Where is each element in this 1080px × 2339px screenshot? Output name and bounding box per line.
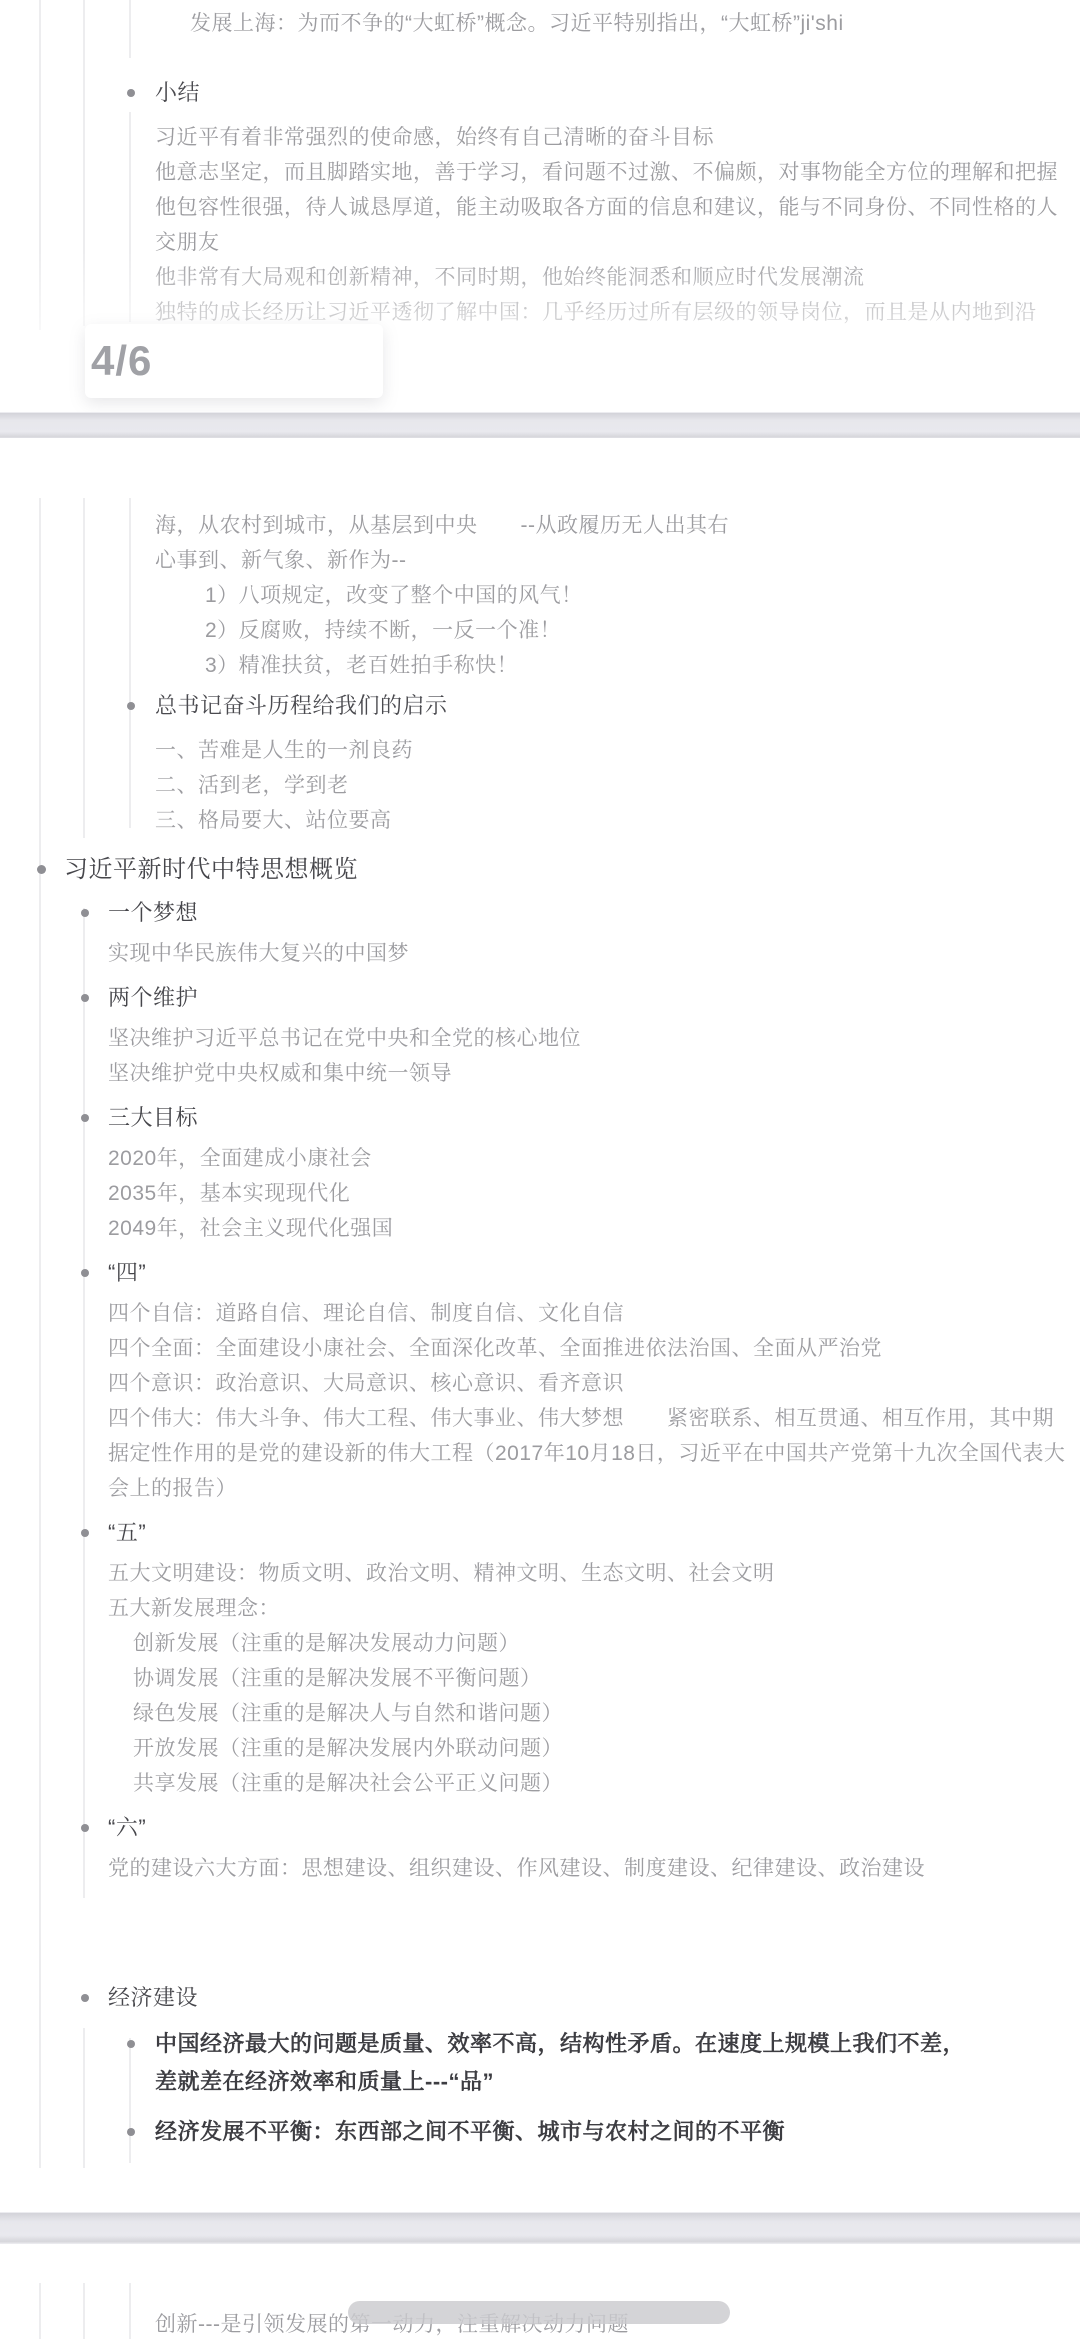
outline-item-text: 小结 [155, 78, 200, 108]
outline-text-line[interactable]: 协调发展（注重的是解决发展不平衡问题） [0, 1661, 1080, 1696]
outline-item-text: 坚决维护党中央权威和集中统一领导 [108, 1056, 452, 1091]
outline-item-text: 一个梦想 [108, 898, 198, 928]
outline-text-line[interactable]: 开放发展（注重的是解决发展内外联动问题） [0, 1731, 1080, 1766]
document-page-5: 海，从农村到城市，从基层到中央 --从政履历无人出其右心事到、新气象、新作为--… [0, 438, 1080, 2212]
outline-item-text: 他非常有大局观和创新精神，不同时期，他始终能洞悉和顺应时代发展潮流 [155, 260, 865, 295]
outline-text-line[interactable]: 绿色发展（注重的是解决人与自然和谐问题） [0, 1696, 1080, 1731]
outline-text-line[interactable]: 四个全面：全面建设小康社会、全面深化改革、全面推进依法治国、全面从严治党 [0, 1331, 1080, 1366]
outline-item-text: 四个意识：政治意识、大局意识、核心意识、看齐意识 [108, 1366, 624, 1401]
outline-text-line[interactable]: 四个自信：道路自信、理论自信、制度自信、文化自信 [0, 1296, 1080, 1331]
bullet-icon[interactable] [127, 702, 135, 710]
outline-item-text: 心事到、新气象、新作为-- [155, 543, 407, 578]
outline-item-text: “六” [108, 1813, 146, 1843]
outline-heading-item[interactable]: 习近平新时代中特思想概览 [0, 854, 1080, 886]
outline-text-line[interactable]: 心事到、新气象、新作为-- [0, 543, 1080, 578]
outline-text-line[interactable]: 四个意识：政治意识、大局意识、核心意识、看齐意识 [0, 1366, 1080, 1401]
outline-rows: 海，从农村到城市，从基层到中央 --从政履历无人出其右心事到、新气象、新作为--… [0, 508, 1080, 2151]
document-page-6: 创新---是引领发展的第一动力，注重解决动力问题 [0, 2245, 1080, 2339]
outline-item-text: 2020年，全面建成小康社会 [108, 1141, 372, 1176]
outline-item-text: 他意志坚定，而且脚踏实地，善于学习，看问题不过激、不偏颇，对事物能全方位的理解和… [155, 155, 1058, 190]
outline-heading-item[interactable]: 两个维护 [0, 983, 1080, 1013]
outline-item-text: 总书记奋斗历程给我们的启示 [155, 691, 448, 721]
outline-text-line[interactable]: 三、格局要大、站位要高 [0, 803, 1080, 838]
outline-item-text: 1）八项规定，改变了整个中国的风气！ [205, 578, 583, 613]
outline-item-text: 据定性作用的是党的建设新的伟大工程（2017年10月18日，习近平在中国共产党第… [108, 1436, 1065, 1471]
outline-text-line[interactable]: 发展上海：为而不争的“大虹桥”概念。习近平特别指出，“大虹桥”ji'shi [0, 6, 1080, 41]
outline-item-text: 海，从农村到城市，从基层到中央 --从政履历无人出其右 [155, 508, 729, 543]
outline-text-line[interactable]: 实现中华民族伟大复兴的中国梦 [0, 936, 1080, 971]
outline-text-line[interactable]: 2035年，基本实现现代化 [0, 1176, 1080, 1211]
outline-text-line[interactable]: 海，从农村到城市，从基层到中央 --从政履历无人出其右 [0, 508, 1080, 543]
outline-item-text: 2）反腐败，持续不断，一反一个准！ [205, 613, 561, 648]
outline-text-line[interactable]: 3）精准扶贫，老百姓拍手称快！ [0, 648, 1080, 683]
outline-item-text: “五” [108, 1518, 146, 1548]
outline-heading-item[interactable]: 三大目标 [0, 1103, 1080, 1133]
bullet-icon[interactable] [127, 2128, 135, 2136]
outline-item-text: 2049年，社会主义现代化强国 [108, 1211, 393, 1246]
outline-text-line[interactable]: 据定性作用的是党的建设新的伟大工程（2017年10月18日，习近平在中国共产党第… [0, 1436, 1080, 1471]
document-viewer: 发展上海：为而不争的“大虹桥”概念。习近平特别指出，“大虹桥”ji'shi小结习… [0, 0, 1080, 2339]
outline-heading-item[interactable]: 小结 [0, 78, 1080, 108]
outline-item-text: 四个自信：道路自信、理论自信、制度自信、文化自信 [108, 1296, 624, 1331]
outline-text-line[interactable]: 他意志坚定，而且脚踏实地，善于学习，看问题不过激、不偏颇，对事物能全方位的理解和… [0, 155, 1080, 190]
outline-item-text: 经济发展不平衡：东西部之间不平衡、城市与农村之间的不平衡 [155, 2113, 785, 2151]
outline-heading-item[interactable]: 中国经济最大的问题是质量、效率不高，结构性矛盾。在速度上规模上我们不差， [0, 2025, 1080, 2063]
bullet-icon[interactable] [81, 1994, 89, 2002]
outline-text-line[interactable]: 一、苦难是人生的一剂良药 [0, 733, 1080, 768]
document-page-4: 发展上海：为而不争的“大虹桥”概念。习近平特别指出，“大虹桥”ji'shi小结习… [0, 0, 1080, 412]
outline-heading-item[interactable]: “五” [0, 1518, 1080, 1548]
outline-text-line[interactable]: 会上的报告） [0, 1471, 1080, 1506]
outline-item-text: 三大目标 [108, 1103, 198, 1133]
outline-text-line[interactable]: 坚决维护习近平总书记在党中央和全党的核心地位 [0, 1021, 1080, 1056]
outline-text-line[interactable]: 他非常有大局观和创新精神，不同时期，他始终能洞悉和顺应时代发展潮流 [0, 260, 1080, 295]
bullet-icon[interactable] [37, 865, 46, 874]
text-selection-highlight [348, 2301, 730, 2324]
outline-item-text: 会上的报告） [108, 1471, 237, 1506]
outline-item-text: 四个伟大：伟大斗争、伟大工程、伟大事业、伟大梦想 紧密联系、相互贯通、相互作用，… [108, 1401, 1054, 1436]
outline-item-text: 发展上海：为而不争的“大虹桥”概念。习近平特别指出，“大虹桥”ji'shi [190, 6, 844, 41]
outline-text-line[interactable]: 习近平有着非常强烈的使命感，始终有自己清晰的奋斗目标 [0, 120, 1080, 155]
bullet-icon[interactable] [81, 1269, 89, 1277]
outline-heading-item[interactable]: “六” [0, 1813, 1080, 1843]
outline-text-line[interactable]: 2）反腐败，持续不断，一反一个准！ [0, 613, 1080, 648]
outline-item-text: 习近平新时代中特思想概览 [64, 854, 358, 886]
outline-item-text: 四个全面：全面建设小康社会、全面深化改革、全面推进依法治国、全面从严治党 [108, 1331, 882, 1366]
outline-item-text: 一、苦难是人生的一剂良药 [155, 733, 413, 768]
outline-item-text: 交朋友 [155, 225, 220, 260]
bullet-icon[interactable] [81, 994, 89, 1002]
outline-item-text: 经济建设 [108, 1983, 198, 2013]
outline-text-line[interactable]: 2020年，全面建成小康社会 [0, 1141, 1080, 1176]
outline-text-line[interactable]: 2049年，社会主义现代化强国 [0, 1211, 1080, 1246]
outline-heading-item[interactable]: 总书记奋斗历程给我们的启示 [0, 691, 1080, 721]
outline-item-text: 他包容性很强，待人诚恳厚道，能主动吸取各方面的信息和建议，能与不同身份、不同性格… [155, 190, 1058, 225]
bullet-icon[interactable] [81, 1114, 89, 1122]
outline-rows: 发展上海：为而不争的“大虹桥”概念。习近平特别指出，“大虹桥”ji'shi小结习… [0, 6, 1080, 330]
outline-item-text: 坚决维护习近平总书记在党中央和全党的核心地位 [108, 1021, 581, 1056]
outline-heading-item[interactable]: 经济建设 [0, 1983, 1080, 2013]
outline-item-text: 2035年，基本实现现代化 [108, 1176, 350, 1211]
outline-text-line[interactable]: 交朋友 [0, 225, 1080, 260]
outline-text-line[interactable]: 五大新发展理念： [0, 1591, 1080, 1626]
outline-item-text: 五大新发展理念： [108, 1591, 280, 1626]
outline-text-line[interactable]: 五大文明建设：物质文明、政治文明、精神文明、生态文明、社会文明 [0, 1556, 1080, 1591]
outline-item-text: 绿色发展（注重的是解决人与自然和谐问题） [133, 1696, 563, 1731]
outline-item-text: 习近平有着非常强烈的使命感，始终有自己清晰的奋斗目标 [155, 120, 714, 155]
outline-heading-item[interactable]: “四” [0, 1258, 1080, 1288]
outline-item-text: 开放发展（注重的是解决发展内外联动问题） [133, 1731, 563, 1766]
page-gap-divider [0, 412, 1080, 439]
outline-item-text: 二、活到老，学到老 [155, 768, 349, 803]
outline-text-line[interactable]: 坚决维护党中央权威和集中统一领导 [0, 1056, 1080, 1091]
outline-heading-item[interactable]: 一个梦想 [0, 898, 1080, 928]
outline-item-text: 三、格局要大、站位要高 [155, 803, 392, 838]
outline-item-text: 党的建设六大方面：思想建设、组织建设、作风建设、制度建设、纪律建设、政治建设 [108, 1851, 925, 1886]
outline-text-line[interactable]: 共享发展（注重的是解决社会公平正义问题） [0, 1766, 1080, 1801]
outline-heading-item[interactable]: 经济发展不平衡：东西部之间不平衡、城市与农村之间的不平衡 [0, 2113, 1080, 2151]
bullet-icon[interactable] [81, 909, 89, 917]
outline-item-text: 两个维护 [108, 983, 198, 1013]
page-gap-divider [0, 2212, 1080, 2244]
outline-item-text: 协调发展（注重的是解决发展不平衡问题） [133, 1661, 542, 1696]
page-indicator-chip: 4/6 [85, 324, 383, 398]
page-indicator-label: 4/6 [91, 324, 152, 398]
outline-item-text: 中国经济最大的问题是质量、效率不高，结构性矛盾。在速度上规模上我们不差， [155, 2025, 965, 2063]
outline-item-text: 实现中华民族伟大复兴的中国梦 [108, 936, 409, 971]
outline-text-line[interactable]: 创新发展（注重的是解决发展动力问题） [0, 1626, 1080, 1661]
outline-item-text: 五大文明建设：物质文明、政治文明、精神文明、生态文明、社会文明 [108, 1556, 775, 1591]
outline-item-text: “四” [108, 1258, 146, 1288]
outline-item-text: 创新发展（注重的是解决发展动力问题） [133, 1626, 520, 1661]
outline-heading-item[interactable]: 差就差在经济效率和质量上---“品” [0, 2063, 1080, 2101]
outline-item-text: 共享发展（注重的是解决社会公平正义问题） [133, 1766, 563, 1801]
bullet-icon[interactable] [81, 1529, 89, 1537]
outline-text-line[interactable]: 他包容性很强，待人诚恳厚道，能主动吸取各方面的信息和建议，能与不同身份、不同性格… [0, 190, 1080, 225]
outline-text-line[interactable]: 二、活到老，学到老 [0, 768, 1080, 803]
outline-item-text: 3）精准扶贫，老百姓拍手称快！ [205, 648, 518, 683]
outline-text-line[interactable]: 1）八项规定，改变了整个中国的风气！ [0, 578, 1080, 613]
outline-text-line[interactable]: 四个伟大：伟大斗争、伟大工程、伟大事业、伟大梦想 紧密联系、相互贯通、相互作用，… [0, 1401, 1080, 1436]
outline-item-text: 差就差在经济效率和质量上---“品” [155, 2063, 494, 2101]
outline-text-line[interactable]: 党的建设六大方面：思想建设、组织建设、作风建设、制度建设、纪律建设、政治建设 [0, 1851, 1080, 1886]
bullet-icon[interactable] [127, 89, 135, 97]
bullet-icon[interactable] [81, 1824, 89, 1832]
bullet-icon[interactable] [127, 2040, 135, 2048]
